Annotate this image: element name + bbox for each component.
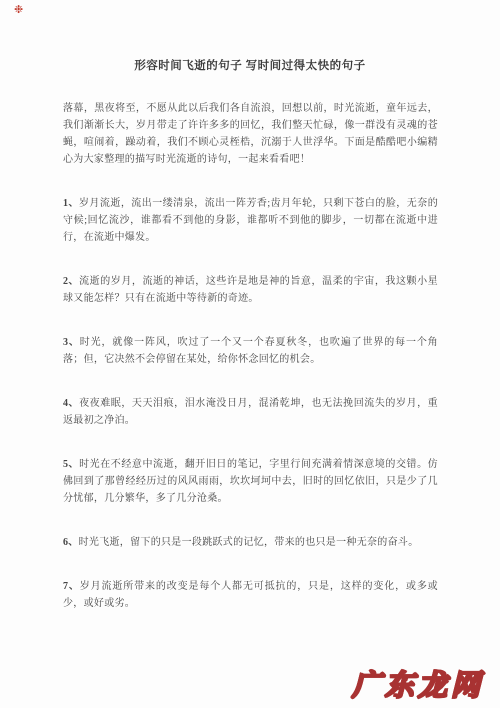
list-item: 4、夜夜难眠，天天泪痕，泪水淹没日月，混淆乾坤，也无法挽回流失的岁月，重返最初之… [63, 395, 438, 429]
list-item: 7、岁月流逝所带来的改变是每个人都无可抵抗的，只是，这样的变化，或多或少，或好或… [63, 578, 438, 612]
item-text: 流逝的岁月，流逝的神话，这些许是地是神的旨意，温柔的宇宙，我这颗小星球又能怎样？… [63, 276, 438, 304]
article-body: 落幕，黑夜将至，不愿从此以后我们各自流浪，回想以前，时光流逝，童年远去，我们渐渐… [0, 73, 500, 612]
document-page: ❉ 形容时间飞逝的句子 写时间过得太快的句子 落幕，黑夜将至，不愿从此以后我们各… [0, 0, 500, 708]
item-text: 时光，就像一阵风，吹过了一个又一个春夏秋冬，也吹遍了世界的每一个角落；但，它决然… [63, 337, 438, 365]
item-text: 岁月流逝，流出一缕清泉，流出一阵芳香;齿月年轮，只剩下苍白的脸，无奈的守候;回忆… [63, 198, 438, 243]
page-title: 形容时间飞逝的句子 写时间过得太快的句子 [0, 0, 500, 73]
list-item: 1、岁月流逝，流出一缕清泉，流出一阵芳香;齿月年轮，只剩下苍白的脸，无奈的守候;… [63, 195, 438, 246]
list-item: 6、时光飞逝，留下的只是一段跳跃式的记忆，带来的也只是一种无奈的奋斗。 [63, 534, 438, 551]
list-item: 3、时光，就像一阵风，吹过了一个又一个春夏秋冬，也吹遍了世界的每一个角落；但，它… [63, 334, 438, 368]
item-number: 7、 [63, 581, 80, 592]
list-item: 2、流逝的岁月，流逝的神话，这些许是地是神的旨意，温柔的宇宙，我这颗小星球又能怎… [63, 273, 438, 307]
intro-paragraph: 落幕，黑夜将至，不愿从此以后我们各自流浪，回想以前，时光流逝，童年远去，我们渐渐… [63, 100, 438, 168]
item-number: 4、 [63, 398, 79, 409]
corner-seal-icon: ❉ [14, 5, 23, 16]
item-number: 2、 [63, 276, 79, 287]
item-text: 时光在不经意中流逝，翻开旧日的笔记，字里行间充满着情深意境的交错。仿佛回到了那曾… [63, 459, 438, 504]
item-text: 时光飞逝，留下的只是一段跳跃式的记忆，带来的也只是一种无奈的奋斗。 [79, 537, 419, 548]
item-text: 夜夜难眠，天天泪痕，泪水淹没日月，混淆乾坤，也无法挽回流失的岁月，重返最初之净泊… [63, 398, 438, 426]
item-number: 1、 [63, 198, 79, 209]
list-item: 5、时光在不经意中流逝，翻开旧日的笔记，字里行间充满着情深意境的交错。仿佛回到了… [63, 456, 438, 507]
item-number: 3、 [63, 337, 80, 348]
watermark-logo: 广东龙网 [352, 663, 484, 704]
item-number: 5、 [63, 459, 79, 470]
item-text: 岁月流逝所带来的改变是每个人都无可抵抗的，只是，这样的变化，或多或少，或好或劣。 [63, 581, 438, 609]
item-number: 6、 [63, 537, 79, 548]
